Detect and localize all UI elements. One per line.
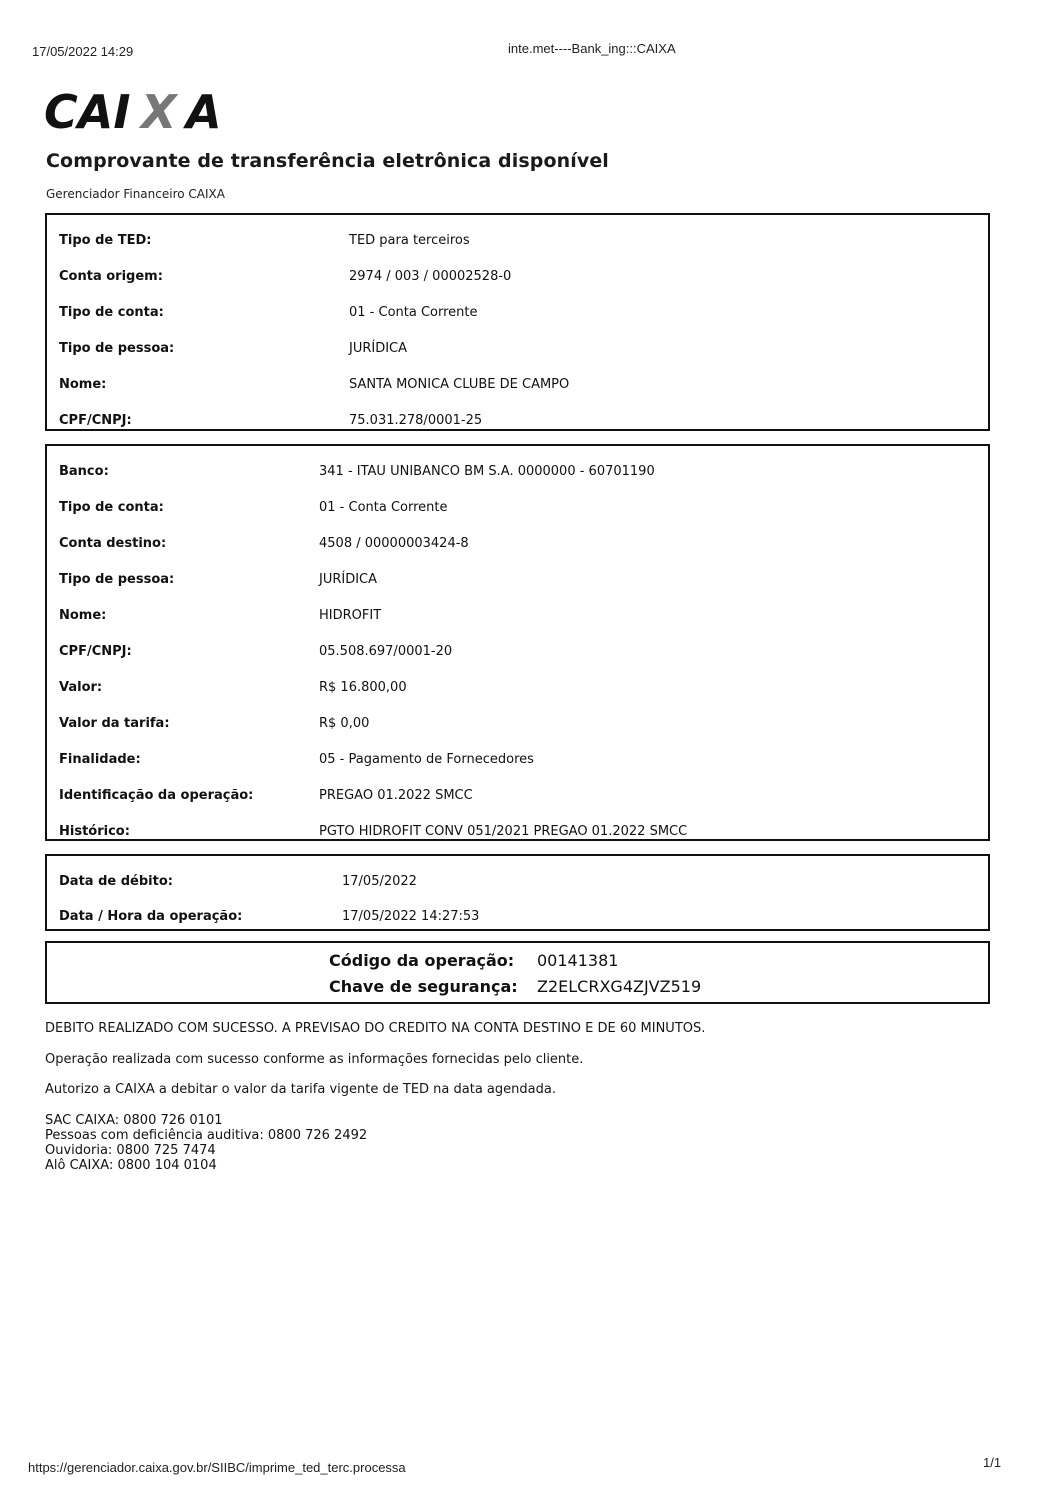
field-label: CPF/CNPJ: [59, 413, 132, 428]
field-value: 2974 / 003 / 00002528-0 [349, 269, 511, 284]
field-label: Tipo de conta: [59, 500, 164, 515]
svg-text:CAI: CAI [44, 86, 130, 132]
field-label: Conta origem: [59, 269, 163, 284]
field-label: Tipo de conta: [59, 305, 164, 320]
caixa-logo-icon: CAI X A [44, 86, 244, 132]
field-value: R$ 16.800,00 [319, 680, 407, 695]
field-value: HIDROFIT [319, 608, 381, 623]
contact-alo: Alô CAIXA: 0800 104 0104 [45, 1158, 367, 1173]
field-label: Data / Hora da operação: [59, 909, 242, 924]
field-label: Data de débito: [59, 874, 173, 889]
origin-account-panel: Tipo de TED:TED para terceirosConta orig… [45, 213, 990, 431]
field-label: Tipo de pessoa: [59, 341, 174, 356]
field-label: Tipo de pessoa: [59, 572, 174, 587]
field-label: Valor: [59, 680, 102, 695]
field-label: Banco: [59, 464, 109, 479]
field-label: Finalidade: [59, 752, 141, 767]
field-label: Nome: [59, 608, 106, 623]
field-label: CPF/CNPJ: [59, 644, 132, 659]
field-value: 17/05/2022 14:27:53 [342, 909, 479, 924]
contact-ouvidoria: Ouvidoria: 0800 725 7474 [45, 1143, 367, 1158]
print-window-title: inte.met----Bank_ing:::CAIXA [508, 41, 676, 56]
field-value: 01 - Conta Corrente [349, 305, 478, 320]
page-title: Comprovante de transferência eletrônica … [46, 150, 609, 172]
field-value: 341 - ITAU UNIBANCO BM S.A. 0000000 - 60… [319, 464, 655, 479]
dates-panel: Data de débito:17/05/2022Data / Hora da … [45, 854, 990, 931]
authorization-message: Autorizo a CAIXA a debitar o valor da ta… [45, 1082, 556, 1097]
field-value: R$ 0,00 [319, 716, 369, 731]
field-value: SANTA MONICA CLUBE DE CAMPO [349, 377, 569, 392]
field-label: Nome: [59, 377, 106, 392]
field-label: Valor da tarifa: [59, 716, 170, 731]
contact-sac: SAC CAIXA: 0800 726 0101 [45, 1113, 367, 1128]
svg-text:X: X [138, 86, 179, 132]
field-value: 05.508.697/0001-20 [319, 644, 452, 659]
field-label: Código da operação: [329, 951, 514, 970]
operation-codes-panel: Código da operação:00141381Chave de segu… [45, 941, 990, 1004]
field-value: 05 - Pagamento de Fornecedores [319, 752, 534, 767]
contact-list: SAC CAIXA: 0800 726 0101 Pessoas com def… [45, 1113, 367, 1173]
field-value: PGTO HIDROFIT CONV 051/2021 PREGAO 01.20… [319, 824, 687, 839]
field-label: Chave de segurança: [329, 977, 518, 996]
field-value: 4508 / 00000003424-8 [319, 536, 469, 551]
field-label: Conta destino: [59, 536, 166, 551]
footer-page-number: 1/1 [983, 1455, 1001, 1470]
field-value: Z2ELCRXG4ZJVZ519 [537, 977, 701, 996]
field-value: TED para terceiros [349, 233, 470, 248]
page-subtitle: Gerenciador Financeiro CAIXA [46, 187, 225, 201]
contact-hearing: Pessoas com deficiência auditiva: 0800 7… [45, 1128, 367, 1143]
footer-url: https://gerenciador.caixa.gov.br/SIIBC/i… [28, 1460, 406, 1475]
field-value: 00141381 [537, 951, 618, 970]
field-value: 17/05/2022 [342, 874, 417, 889]
svg-text:A: A [183, 86, 222, 132]
field-value: JURÍDICA [349, 341, 407, 356]
field-value: 01 - Conta Corrente [319, 500, 448, 515]
success-message: DEBITO REALIZADO COM SUCESSO. A PREVISAO… [45, 1021, 705, 1036]
field-label: Tipo de TED: [59, 233, 151, 248]
print-datetime: 17/05/2022 14:29 [32, 44, 133, 59]
field-label: Identificação da operação: [59, 788, 253, 803]
confirmation-message: Operação realizada com sucesso conforme … [45, 1052, 583, 1067]
field-label: Histórico: [59, 824, 130, 839]
field-value: JURÍDICA [319, 572, 377, 587]
field-value: PREGAO 01.2022 SMCC [319, 788, 473, 803]
destination-account-panel: Banco:341 - ITAU UNIBANCO BM S.A. 000000… [45, 444, 990, 841]
field-value: 75.031.278/0001-25 [349, 413, 482, 428]
